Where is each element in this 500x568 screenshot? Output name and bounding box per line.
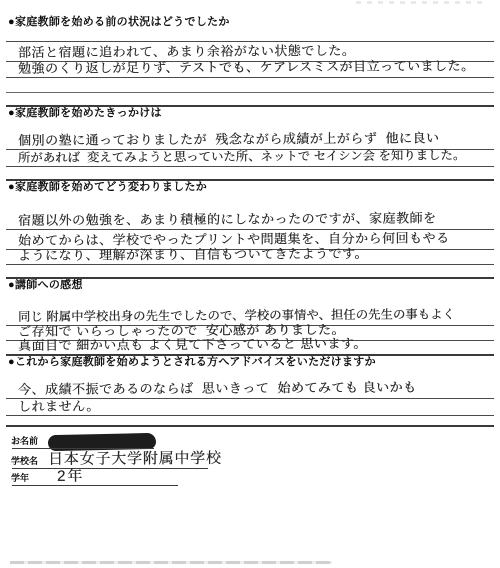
answer-area: 個別の塾に通っておりましたが 残念ながら成績が上がらず 他に良い 所があれば 変… xyxy=(6,130,494,181)
answer-area: 今、成績不振であるのならば 思いきって 始めてみても 良いかも しれません。 xyxy=(6,379,494,427)
answer-line: 勉強のくり返しが足りず、テストでも、ケアレスミスが目立っていました。 xyxy=(6,62,494,78)
school-field: 学校名 日本女子大学附属中学校 xyxy=(6,449,494,469)
answer-line: 個別の塾に通っておりましたが 残念ながら成績が上がらず 他に良い xyxy=(6,130,494,150)
section-what-changed: ●家庭教師を始めてどう変わりましたか 宿題以外の勉強を、あまり積極的にしなかった… xyxy=(4,181,496,279)
ruled-line xyxy=(6,93,494,107)
question-heading: ●家庭教師を始める前の状況はどうでしたか xyxy=(8,16,496,28)
ruled-line xyxy=(6,78,494,93)
field-underline xyxy=(12,485,178,486)
name-field: お名前 xyxy=(6,433,494,449)
questionnaire-sheet: ●家庭教師を始める前の状況はどうでしたか 部活と宿題に追われて、あまり余裕がない… xyxy=(0,0,500,568)
question-heading: ●講師への感想 xyxy=(8,279,496,291)
answer-text: しれません。 xyxy=(6,399,100,415)
grade-value: 2年 xyxy=(29,469,84,486)
answer-text: ようになり、理解が深まり、自信もついてきたようです。 xyxy=(6,247,368,264)
answer-line: ようになり、理解が深まり、自信もついてきたようです。 xyxy=(6,250,494,265)
section-advice: ●これから家庭教師を始めようとされる方へアドバイスをいただけますか 今、成績不振… xyxy=(4,356,496,427)
grade-field: 学年 2年 xyxy=(6,469,494,486)
answer-line: しれません。 xyxy=(6,399,494,416)
ruled-line xyxy=(6,167,494,181)
answer-text: 真面目で 細かい点も よく見て下さっていると 思います。 xyxy=(6,337,367,354)
scan-artifact-top xyxy=(356,1,488,4)
answer-area: 部活と宿題に追われて、あまり余裕がない状態でした。 勉強のくり返しが足りず、テス… xyxy=(6,41,494,107)
answer-text: 今、成績不振であるのならば 思いきって 始めてみても 良いかも xyxy=(6,380,417,398)
answer-area: 同じ 附属中学校出身の先生でしたので、学校の事情や、担任の先生の事もよく ご存知… xyxy=(6,306,494,356)
ruled-line xyxy=(6,416,494,427)
answer-line: 宿題以外の勉強を、あまり積極的にしなかったのですが、家庭教師を xyxy=(6,210,494,230)
scan-artifact-bottom xyxy=(10,561,332,564)
answer-line: 真面目で 細かい点も よく見て下さっていると 思います。 xyxy=(6,341,494,356)
section-reason-started: ●家庭教師を始めたきっかけは 個別の塾に通っておりましたが 残念ながら成績が上が… xyxy=(4,107,496,181)
section-before-status: ●家庭教師を始める前の状況はどうでしたか 部活と宿題に追われて、あまり余裕がない… xyxy=(4,16,496,107)
ruled-line xyxy=(6,265,494,279)
question-heading: ●家庭教師を始めたきっかけは xyxy=(8,107,496,119)
answer-text: 所があれば 変えてみようと思っていた所、ネットで セイシン会 を知りました。 xyxy=(6,149,465,166)
question-heading: ●これから家庭教師を始めようとされる方へアドバイスをいただけますか xyxy=(8,356,496,368)
answer-text: 勉強のくり返しが足りず、テストでも、ケアレスミスが目立っていました。 xyxy=(6,59,475,77)
answer-line: 所があれば 変えてみようと思っていた所、ネットで セイシン会 を知りました。 xyxy=(6,150,494,167)
identity-fields: お名前 学校名 日本女子大学附属中学校 学年 2年 xyxy=(6,433,494,486)
question-heading: ●家庭教師を始めてどう変わりましたか xyxy=(8,181,496,193)
answer-area: 宿題以外の勉強を、あまり積極的にしなかったのですが、家庭教師を 始めてからは、学… xyxy=(6,210,494,279)
answer-text: 宿題以外の勉強を、あまり積極的にしなかったのですが、家庭教師を xyxy=(6,211,437,229)
section-teacher-impression: ●講師への感想 同じ 附属中学校出身の先生でしたので、学校の事情や、担任の先生の… xyxy=(4,279,496,356)
school-value: 日本女子大学附属中学校 xyxy=(38,451,222,469)
answer-text: 個別の塾に通っておりましたが 残念ながら成績が上がらず 他に良い xyxy=(6,131,440,149)
answer-line: 今、成績不振であるのならば 思いきって 始めてみても 良いかも xyxy=(6,379,494,399)
